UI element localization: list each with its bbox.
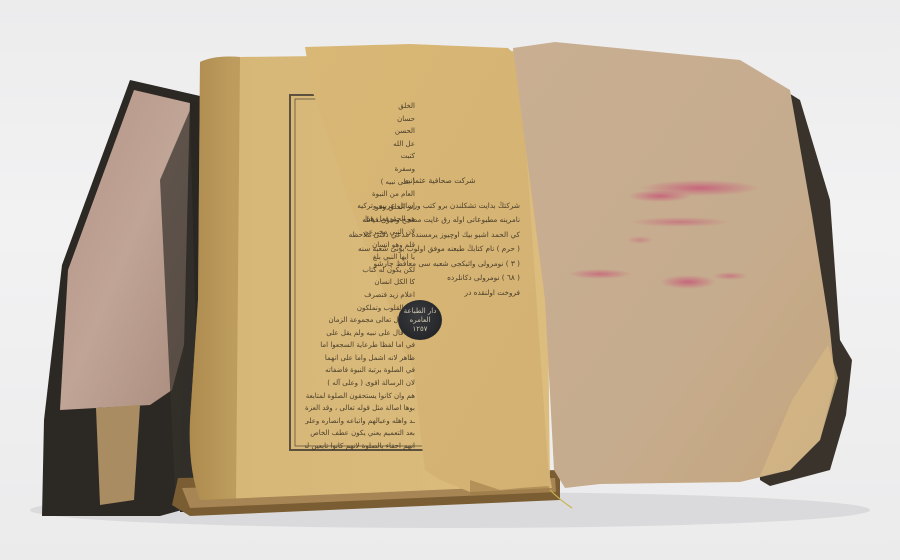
text-line: هم وان كانوا يستحقون الصلوة لمتابعة	[305, 390, 415, 403]
title-line: شركتڭ بدايت تشكلندن برو كتب ورسائل عربيه…	[360, 199, 520, 214]
seal-line: دار الطباعة	[404, 307, 437, 316]
text-line: حسان	[305, 113, 415, 126]
text-line: انهم احقاء بالصلوة لانهم كانوا تابعين له	[305, 440, 415, 453]
title-line: فروخت اولنقده در	[360, 286, 520, 301]
seal-line: ١٢٥٧	[412, 325, 427, 334]
text-line: وما قال على نبيه ولم يقل على	[305, 327, 415, 340]
detached-cover-board	[42, 80, 215, 516]
text-line: ظاهر لانه اشمل واما على انهما	[305, 352, 415, 365]
text-line: بوها اصالة مثل قوله تعالى ، وقد العزة	[305, 402, 415, 415]
text-line: بعد التعميم يعني يكون عطف الخاص	[305, 427, 415, 440]
seal-line: العامره	[410, 316, 431, 325]
right-endpaper	[513, 42, 852, 488]
text-line: الحسن	[305, 125, 415, 138]
title-page-text: شركت صحافية عثمانيه شركتڭ بدايت تشكلندن …	[360, 174, 520, 300]
title-page-header: شركت صحافية عثمانيه	[360, 174, 520, 189]
title-line: كي الحمد اشبو بيك اوچيوز يرمسنده مدعي دق…	[360, 228, 520, 243]
text-line: الخلق	[305, 100, 415, 113]
printing-house-seal: دار الطباعة العامره ١٢٥٧	[398, 300, 442, 340]
text-line: لان الرسالة اقوى ( وعلى آله )	[305, 377, 415, 390]
text-line: كتبت	[305, 150, 415, 163]
title-line: ( حرم ) نام كتابڭ طبعنه موفق اولوب بونی …	[360, 242, 520, 257]
text-line: عل الله	[305, 138, 415, 151]
title-line: نامرینه مطبوعاتی اوله رق غایت مصحح واهون…	[360, 213, 520, 228]
text-line: في الصلوة برتبة النبوة فاضفاته	[305, 364, 415, 377]
title-line: ( ٣ ) نومرولی واثبكجی شعبه سی معافظ چارش…	[360, 257, 520, 272]
text-line: ـد واهله وعبالهم واتباعه وانصاره وعلى	[305, 415, 415, 428]
text-line: في اما لفظا طرعاية السجعوا اما	[305, 339, 415, 352]
title-line: ( ٦٨ ) نومرولی دكانلرده	[360, 271, 520, 286]
book-photo: الخلق حسان الحسن عل الله كتبت وسفرة ( عل…	[0, 0, 900, 560]
